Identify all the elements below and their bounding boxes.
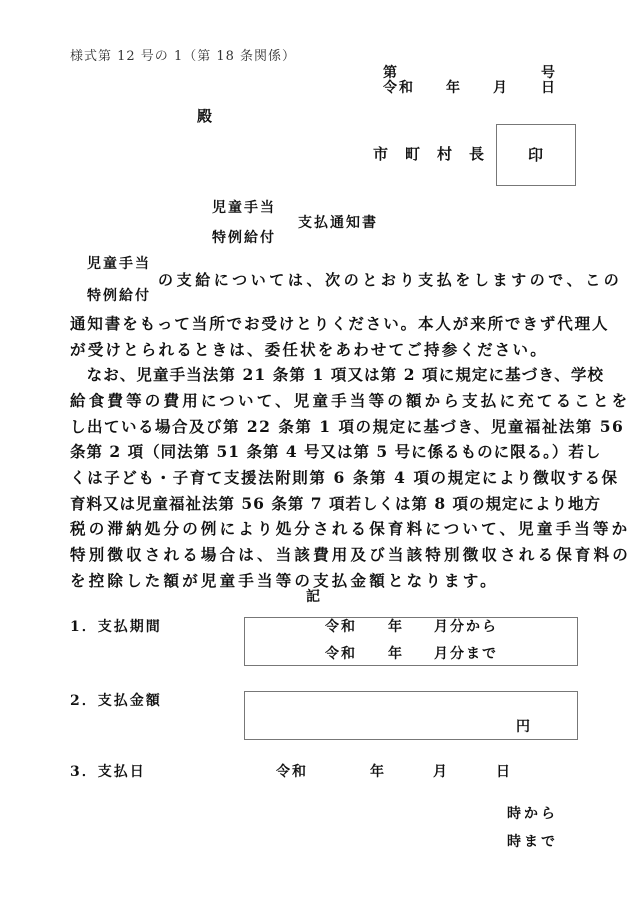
period-label: 1．支払期間 — [70, 620, 162, 634]
note-line: 給食費等の費用について、児童手当等の額から支払に充てることを申 — [70, 393, 560, 409]
stamp-box: 印 — [496, 124, 576, 186]
period-from-era: 令和 — [325, 620, 357, 634]
amount-label: 2．支払金額 — [70, 694, 162, 708]
period-to-year: 年 — [388, 647, 402, 661]
period-to-era: 令和 — [325, 647, 357, 661]
title-option-child-allowance: 児童手当 — [212, 201, 276, 215]
note-line: 特別徴収される場合は、当該費用及び当該特別徴収される保育料の額 — [70, 547, 560, 563]
note-line: を控除した額が児童手当等の支払金額となります。 — [70, 573, 560, 589]
payment-time-to: 時まで — [507, 835, 558, 849]
issue-date-month: 月 — [493, 81, 507, 95]
issue-date-year: 年 — [446, 81, 460, 95]
note-line: 条第 2 項（同法第 51 条第 4 号又は第 5 号に係るものに限る。）若し — [70, 444, 560, 460]
note-line: なお、児童手当法第 21 条第 1 項又は第 2 項に規定に基づき、学校 — [70, 367, 560, 383]
period-to-month: 月分まで — [434, 647, 498, 661]
note-line: 税の滞納処分の例により処分される保育料について、児童手当等から — [70, 521, 560, 537]
period-from-month: 月分から — [434, 620, 498, 634]
payment-date-era: 令和 — [276, 765, 308, 779]
payment-date-day: 日 — [496, 765, 510, 779]
note-line: し出ている場合及び第 22 条第 1 項の規定に基づき、児童福祉法第 56 — [70, 419, 560, 435]
stamp-label: 印 — [528, 148, 543, 163]
form-number: 様式第 12 号の 1（第 18 条関係） — [70, 50, 296, 63]
note-line: 育料又は児童福祉法第 56 条第 7 項若しくは第 8 項の規定により地方 — [70, 496, 560, 512]
issuer-char-4: 長 — [469, 147, 484, 162]
note-line: くは子ども・子育て支援法附則第 6 条第 4 項の規定により徴収する保 — [70, 470, 560, 486]
issue-date-day: 日 — [541, 81, 555, 95]
page-title: 支払通知書 — [298, 216, 378, 230]
doc-number-prefix: 第 — [383, 66, 397, 80]
issuer-char-2: 町 — [405, 147, 420, 162]
addressee-suffix: 殿 — [197, 109, 212, 124]
issuer-char-1: 市 — [373, 147, 388, 162]
period-box: 令和 年 月分から 令和 年 月分まで — [244, 617, 578, 666]
amount-unit: 円 — [516, 720, 530, 734]
ki-heading: 記 — [306, 590, 320, 604]
intro-line-2: 通知書をもって当所でお受けとりください。本人が来所できず代理人 — [70, 316, 560, 332]
period-from-year: 年 — [388, 620, 402, 634]
payment-date-year: 年 — [370, 765, 384, 779]
issue-date-era: 令和 — [383, 81, 415, 95]
issuer-char-3: 村 — [437, 147, 452, 162]
payment-time-from: 時から — [507, 807, 558, 821]
doc-number-suffix: 号 — [541, 66, 555, 80]
payment-date-label: 3．支払日 — [70, 765, 146, 779]
amount-box: 円 — [244, 691, 578, 740]
intro-option-child-allowance: 児童手当 — [87, 257, 151, 271]
intro-option-special-benefit: 特例給付 — [87, 289, 151, 303]
intro-line-1: の支給については、次のとおり支払をしますので、この — [158, 273, 622, 288]
title-option-special-benefit: 特例給付 — [212, 231, 276, 245]
intro-line-3: が受けとられるときは、委任状をあわせてご持参ください。 — [70, 342, 560, 358]
payment-date-month: 月 — [433, 765, 447, 779]
